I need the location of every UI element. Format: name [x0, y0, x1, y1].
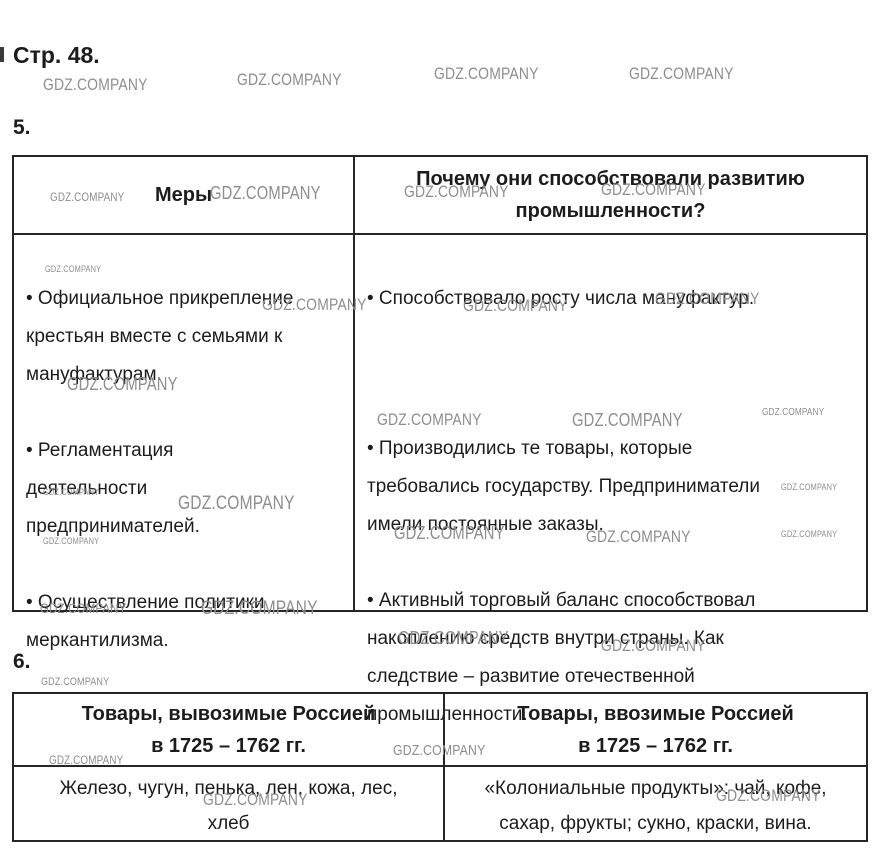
- watermark: GDZ.COMPANY: [572, 410, 683, 431]
- watermark: GDZ.COMPANY: [434, 64, 539, 84]
- scan-artifact: [0, 47, 4, 62]
- header-cell-imported-goods: Товары, ввозимые Россией в 1725 – 1762 г…: [443, 694, 866, 765]
- watermark: GDZ.COMPANY: [210, 183, 321, 204]
- watermark: GDZ.COMPANY: [463, 296, 568, 316]
- watermark: GDZ.COMPANY: [716, 786, 821, 806]
- watermark: GDZ.COMPANY: [655, 289, 760, 309]
- watermark: GDZ.COMPANY: [43, 75, 148, 95]
- reason-bullet: • Способствовало росту числа мануфактур.: [367, 280, 858, 318]
- watermark: GDZ.COMPANY: [394, 523, 505, 544]
- watermark: GDZ.COMPANY: [762, 407, 824, 418]
- watermark: GDZ.COMPANY: [41, 676, 109, 688]
- watermark: GDZ.COMPANY: [586, 527, 691, 547]
- watermark: GDZ.COMPANY: [43, 536, 99, 546]
- goods-table: Товары, вывозимые Россией в 1725 – 1762 …: [12, 692, 868, 842]
- watermark: GDZ.COMPANY: [50, 190, 124, 204]
- watermark: GDZ.COMPANY: [43, 487, 99, 497]
- watermark: GDZ.COMPANY: [45, 264, 101, 274]
- watermark: GDZ.COMPANY: [601, 180, 706, 200]
- watermark: GDZ.COMPANY: [781, 482, 837, 492]
- section-number-6: 6.: [13, 650, 31, 674]
- watermark: GDZ.COMPANY: [377, 410, 482, 430]
- section-number-5: 5.: [13, 116, 31, 140]
- measure-bullet: • Осуществление политики меркантилизма.: [26, 584, 345, 660]
- watermark: GDZ.COMPANY: [201, 598, 318, 620]
- watermark: GDZ.COMPANY: [393, 742, 485, 759]
- watermark: GDZ.COMPANY: [629, 64, 734, 84]
- watermark: GDZ.COMPANY: [49, 753, 123, 767]
- watermark: GDZ.COMPANY: [237, 70, 342, 90]
- watermark: GDZ.COMPANY: [40, 600, 126, 616]
- watermark: GDZ.COMPANY: [404, 182, 509, 202]
- watermark: GDZ.COMPANY: [781, 529, 837, 539]
- page-title: Стр. 48.: [13, 42, 100, 69]
- watermark: GDZ.COMPANY: [601, 636, 706, 656]
- measures-cell: • Официальное прикрепление крестьян вмес…: [14, 235, 353, 610]
- watermark: GDZ.COMPANY: [178, 493, 295, 515]
- watermark: GDZ.COMPANY: [262, 295, 367, 315]
- watermark: GDZ.COMPANY: [398, 628, 509, 649]
- watermark: GDZ.COMPANY: [67, 374, 178, 395]
- watermark: GDZ.COMPANY: [203, 790, 308, 810]
